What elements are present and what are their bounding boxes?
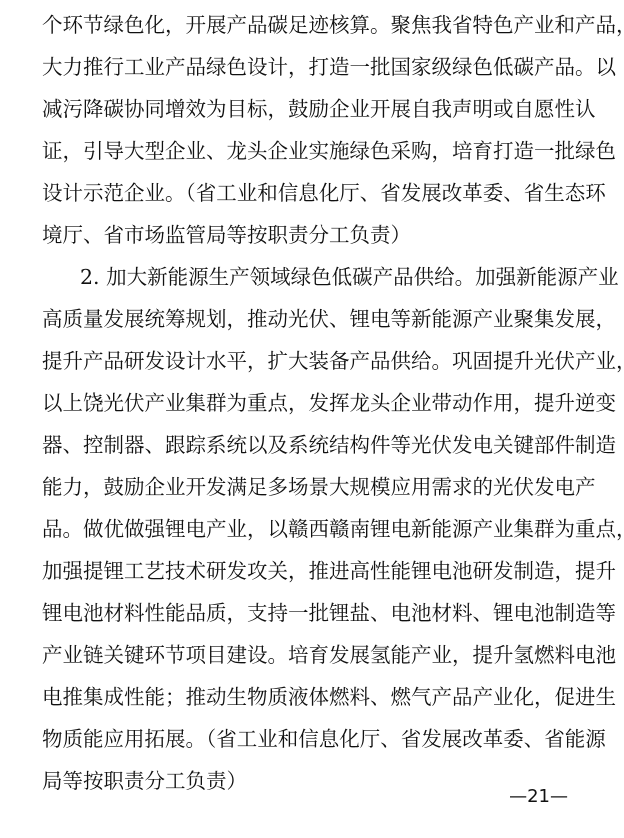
- text-line: 能力，鼓励企业开发满足多场景大规模应用需求的光伏发电产: [42, 466, 573, 508]
- text-line: 大力推行工业产品绿色设计，打造一批国家级绿色低碳产品。以: [42, 46, 573, 88]
- section-heading-line: 2. 加大新能源生产领域绿色低碳产品供给。加强新能源产业: [80, 256, 573, 298]
- text-line: 设计示范企业。（省工业和信息化厅、省发展改革委、省生态环: [42, 172, 573, 214]
- text-line: 品。做优做强锂电产业，以赣西赣南锂电新能源产业集群为重点，: [42, 508, 573, 550]
- document-page: 个环节绿色化，开展产品碳足迹核算。聚焦我省特色产业和产品， 大力推行工业产品绿色…: [0, 0, 624, 838]
- text-line: 证，引导大型企业、龙头企业实施绿色采购，培育打造一批绿色: [42, 130, 573, 172]
- text-line: 锂电池材料性能品质，支持一批锂盐、电池材料、锂电池制造等: [42, 592, 573, 634]
- text-line: 加强提锂工艺技术研发攻关，推进高性能锂电池研发制造，提升: [42, 550, 573, 592]
- text-line: 提升产品研发设计水平，扩大装备产品供给。巩固提升光伏产业，: [42, 340, 573, 382]
- text-line: 产业链关键环节项目建设。培育发展氢能产业，提升氢燃料电池: [42, 634, 573, 676]
- text-line: 以上饶光伏产业集群为重点，发挥龙头企业带动作用，提升逆变: [42, 382, 573, 424]
- text-line: 个环节绿色化，开展产品碳足迹核算。聚焦我省特色产业和产品，: [42, 4, 573, 46]
- page-number: —21—: [509, 783, 568, 811]
- text-line: 电推集成性能；推动生物质液体燃料、燃气产品产业化，促进生: [42, 676, 573, 718]
- text-line: 器、控制器、跟踪系统以及系统结构件等光伏发电关键部件制造: [42, 424, 573, 466]
- text-line: 减污降碳协同增效为目标，鼓励企业开展自我声明或自愿性认: [42, 88, 573, 130]
- text-line: 物质能应用拓展。（省工业和信息化厅、省发展改革委、省能源: [42, 718, 573, 760]
- text-line: 高质量发展统筹规划，推动光伏、锂电等新能源产业聚集发展，: [42, 298, 573, 340]
- text-line: 局等按职责分工负责）: [42, 760, 573, 802]
- text-line: 境厅、省市场监管局等按职责分工负责）: [42, 214, 573, 256]
